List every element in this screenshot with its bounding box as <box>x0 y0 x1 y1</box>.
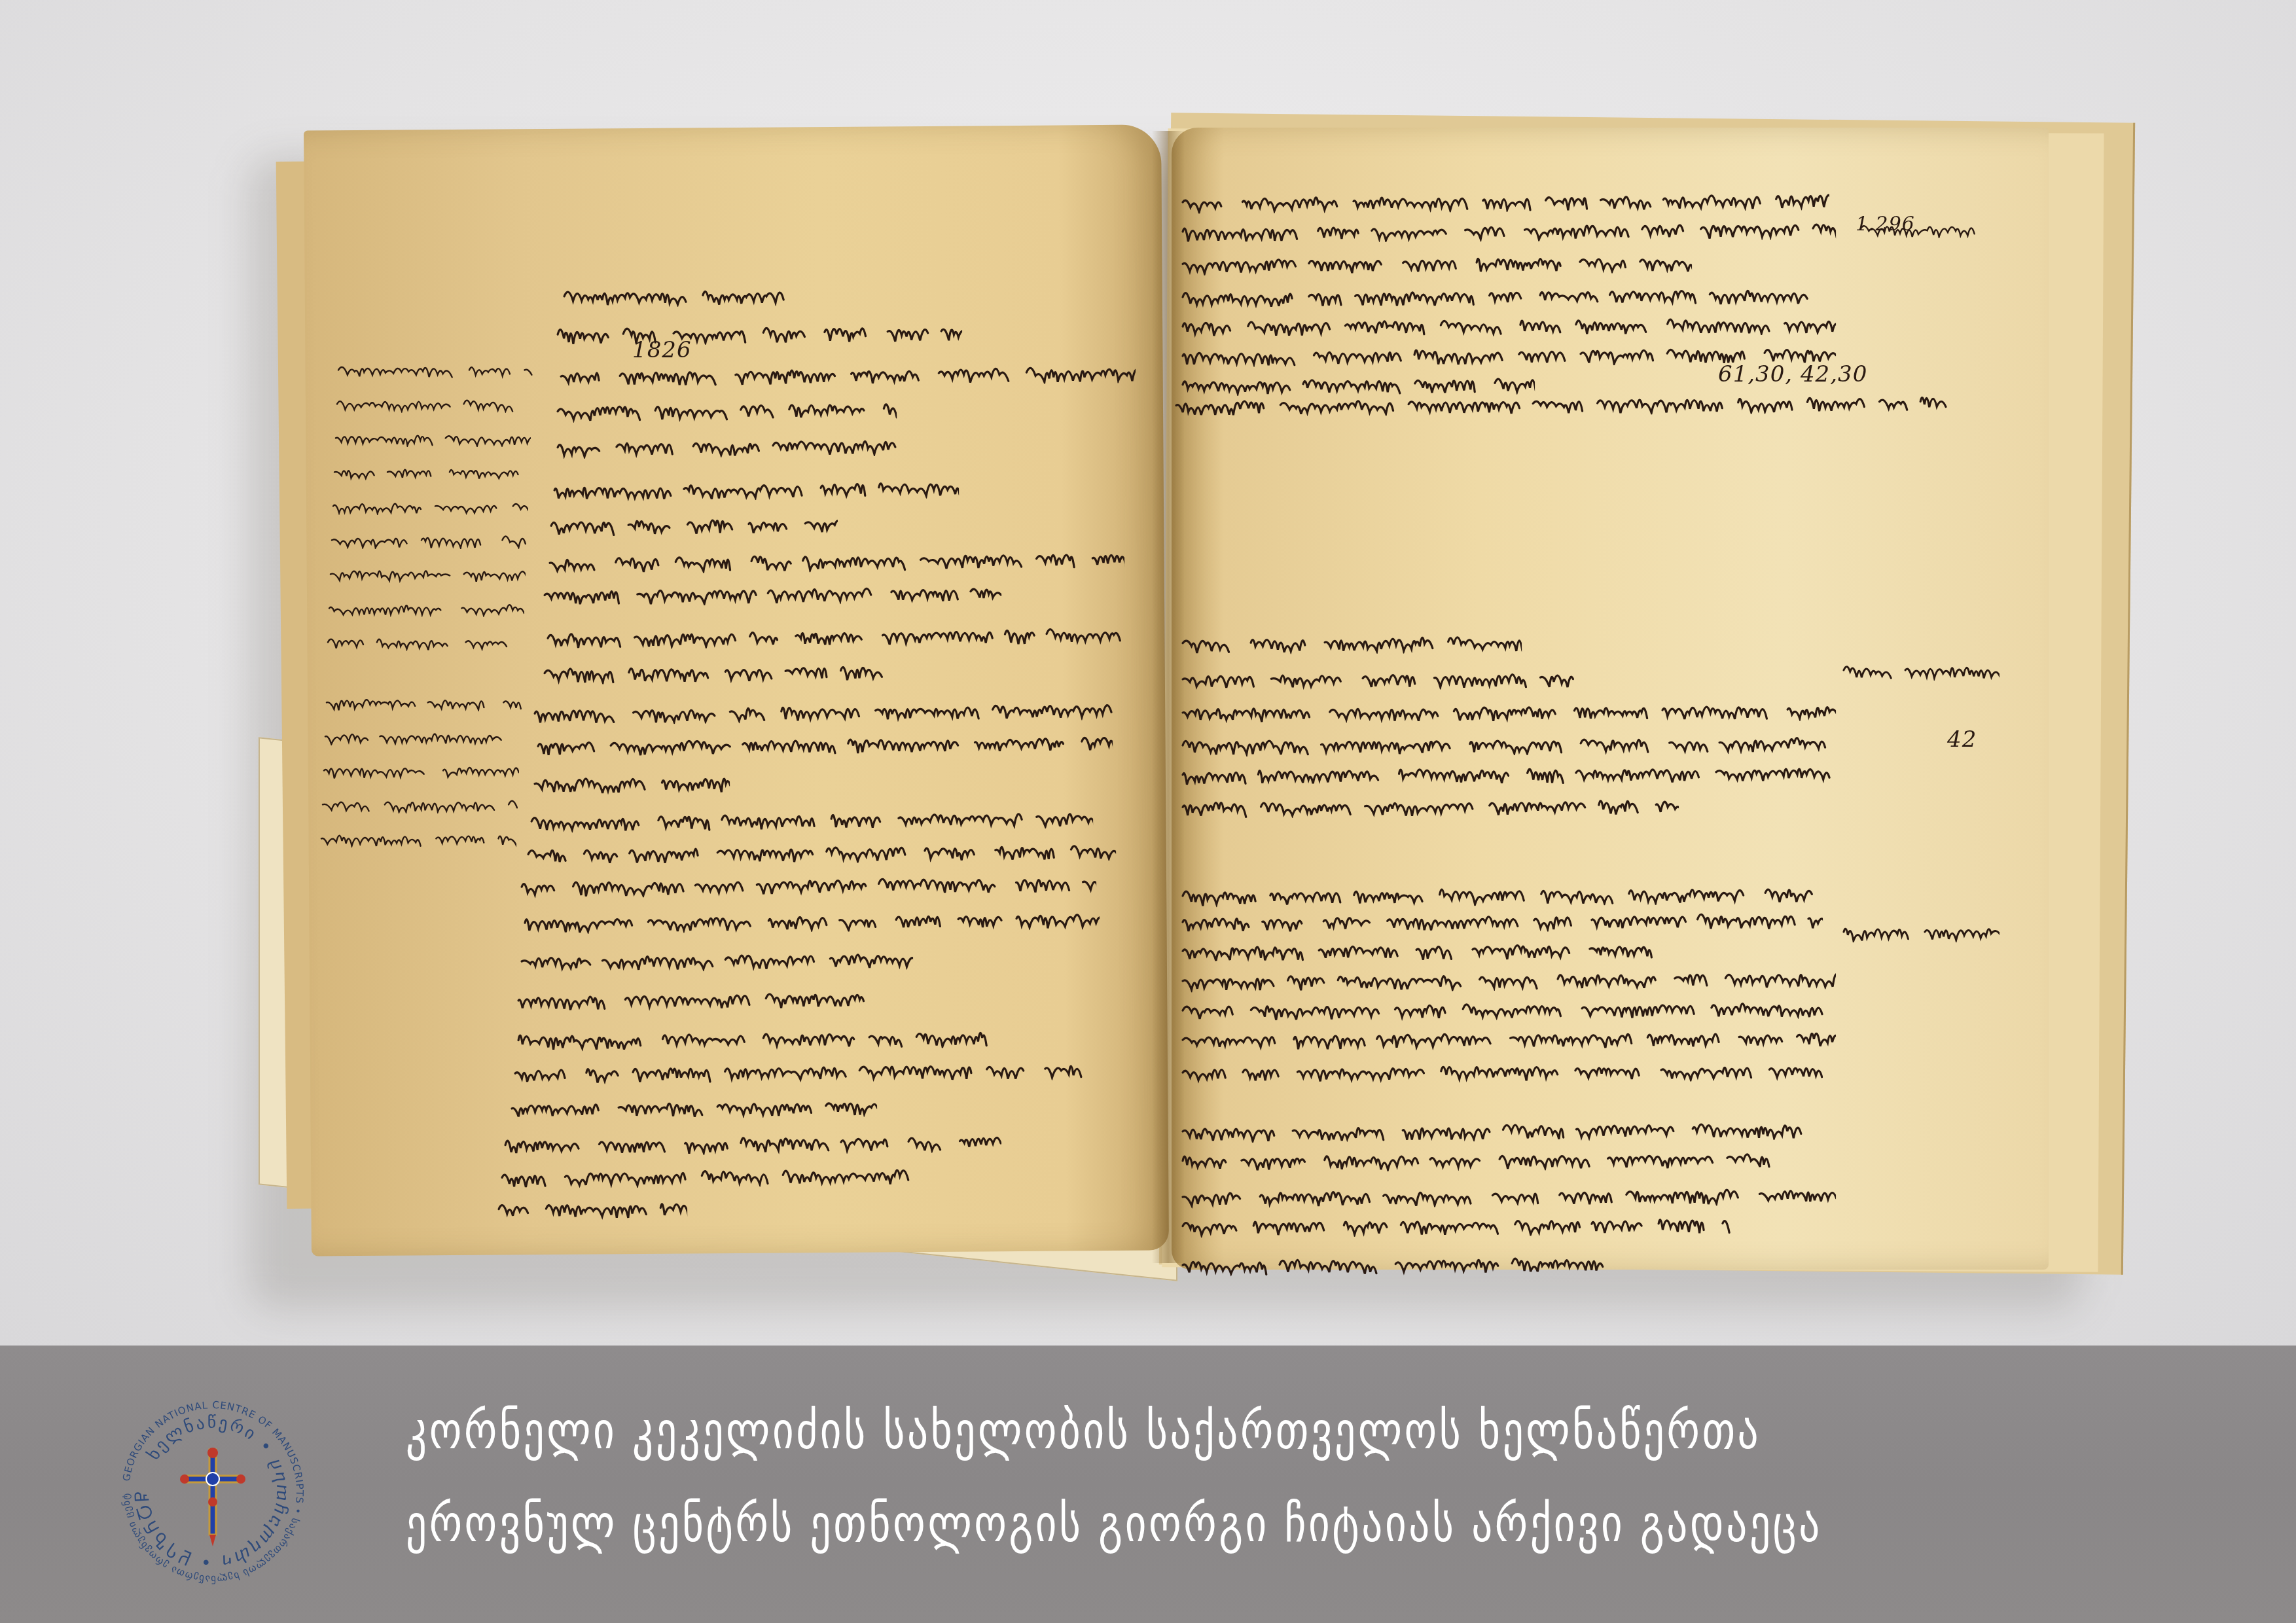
handwritten-line <box>1181 306 1836 331</box>
handwritten-line <box>1181 276 1823 302</box>
handwritten-line <box>1181 1141 1770 1166</box>
handwritten-line <box>1181 960 1836 986</box>
handwritten-line <box>1181 901 1823 927</box>
handwritten-line <box>553 469 959 495</box>
handwritten-line <box>563 277 785 302</box>
handwritten-line <box>332 493 528 515</box>
handwritten-line <box>511 1088 877 1114</box>
handwritten-line <box>336 391 532 413</box>
caption-banner <box>0 1346 2296 1623</box>
handwritten-line <box>1842 654 2000 677</box>
handwritten-line <box>520 940 913 966</box>
handwritten-line <box>530 799 1093 827</box>
handwritten-line <box>520 865 1096 892</box>
handwritten-line <box>1181 244 1692 269</box>
handwritten-line <box>556 391 897 417</box>
handwritten-line <box>504 1124 1001 1150</box>
handwritten-line <box>1181 1206 1731 1231</box>
handwritten-line <box>1842 916 2000 938</box>
ornamental-cross-icon: GEORGIAN NATIONAL CENTRE OF MANUSCRIPTS … <box>111 1391 314 1594</box>
handwritten-line <box>327 629 523 651</box>
handwritten-line <box>550 506 838 531</box>
annotation-year: 1826 <box>632 337 692 363</box>
handwritten-line <box>1181 875 1836 901</box>
handwritten-line <box>543 574 1001 600</box>
book-gutter <box>1152 131 1185 1263</box>
handwritten-line <box>514 1051 1083 1079</box>
handwritten-line <box>1181 724 1836 750</box>
handwritten-line <box>1181 624 1522 649</box>
handwritten-line <box>337 357 533 379</box>
handwritten-line <box>556 427 897 453</box>
handwritten-line <box>497 1190 687 1215</box>
handwritten-line <box>1181 754 1849 779</box>
handwritten-line <box>1181 692 1836 717</box>
handwritten-line <box>1181 1111 1810 1136</box>
handwritten-line <box>1181 1019 1836 1044</box>
handwritten-line <box>334 425 531 447</box>
handwritten-line <box>331 527 527 549</box>
caption-line-2: ეროვნულ ცენტრს ეთნოლოგის გიორგი ჩიტაიას … <box>406 1499 1937 1550</box>
handwritten-line <box>548 541 1124 568</box>
handwritten-line <box>1181 181 1829 207</box>
caption-line-1: კორნელი კეკელიძის სახელობის საქართველოს … <box>406 1406 1937 1457</box>
handwritten-line <box>1181 1176 1836 1202</box>
manuscript-photo: 1826 1.296 61,30, 42,30 42 <box>0 0 2296 1346</box>
handwritten-line <box>1181 990 1836 1015</box>
annotation-ref: 1.296 <box>1856 213 1915 236</box>
handwritten-line <box>321 791 518 813</box>
handwritten-line <box>517 1019 988 1045</box>
handwritten-line <box>533 691 1122 719</box>
handwritten-line <box>320 825 516 847</box>
handwritten-line <box>517 980 884 1006</box>
handwritten-line <box>1181 931 1653 956</box>
handwritten-line <box>1181 787 1679 812</box>
handwritten-line <box>533 765 730 789</box>
handwritten-line <box>323 757 519 779</box>
handwritten-line <box>328 595 524 617</box>
handwritten-line <box>524 901 1100 928</box>
annotation-numbers: 61,30, 42,30 <box>1718 361 1867 387</box>
handwritten-line <box>543 653 884 679</box>
annotation-page-number: 42 <box>1947 726 1977 753</box>
handwritten-line <box>547 616 1122 643</box>
handwritten-line <box>1181 211 1836 236</box>
handwritten-line <box>1181 335 1836 361</box>
handwritten-line <box>324 723 520 745</box>
handwritten-line <box>325 689 522 711</box>
handwritten-line <box>333 459 529 481</box>
handwritten-line <box>1181 660 1574 684</box>
handwritten-line <box>527 832 1116 859</box>
handwritten-line <box>1181 1052 1823 1077</box>
handwritten-line <box>1181 1245 1626 1270</box>
handwritten-line <box>537 724 1113 751</box>
handwritten-line <box>556 313 962 339</box>
manuscripts-centre-logo: GEORGIAN NATIONAL CENTRE OF MANUSCRIPTS … <box>111 1391 314 1594</box>
handwritten-line <box>1175 384 1947 410</box>
handwritten-line <box>329 561 526 583</box>
handwritten-line <box>501 1156 926 1183</box>
